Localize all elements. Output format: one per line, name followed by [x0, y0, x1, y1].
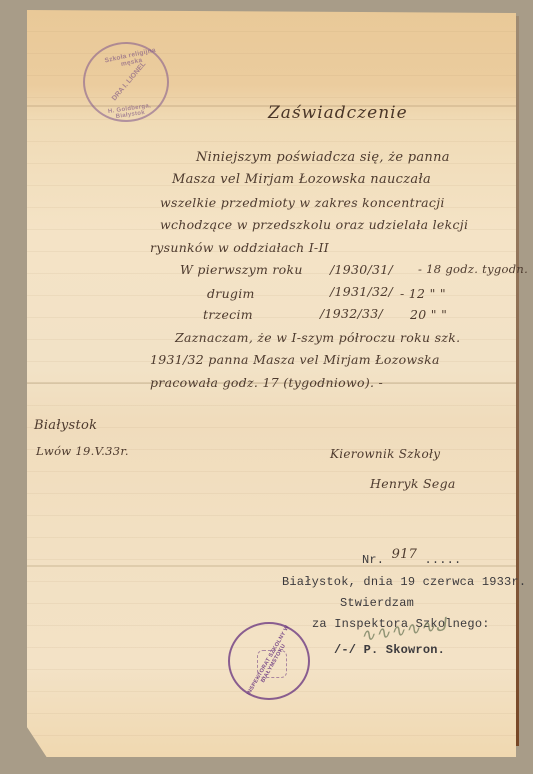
principal-role: Kierownik Szkoły — [330, 447, 440, 461]
place-date: Lwów 19.V.33r. — [36, 444, 129, 458]
eagle-emblem-icon — [257, 650, 287, 678]
stamp-ring-text-top: Szkoła religijna męska — [94, 45, 167, 74]
typed-signed: /-/ P. Skowron. — [334, 643, 445, 657]
closing-line-2: 1931/32 panna Masza vel Mirjam Łozowska — [150, 352, 440, 367]
hours-row-year: /1932/33/ — [320, 306, 383, 321]
registry-number-label: Nr. — [362, 553, 384, 567]
body-line-3: wszelkie przedmioty w zakres koncentracj… — [160, 195, 445, 210]
hours-row-label: drugim — [207, 286, 255, 301]
body-line-5: rysunków w oddziałach I-II — [150, 240, 329, 255]
closing-line-1: Zaznaczam, że w I-szym półroczu roku szk… — [175, 330, 460, 345]
typed-date-line: Białystok, dnia 19 czerwca 1933r. — [282, 575, 526, 589]
body-line-4: wchodzące w przedszkolu oraz udzielała l… — [160, 217, 468, 232]
hours-row-year: /1931/32/ — [330, 284, 393, 299]
hours-row-label: W pierwszym roku — [180, 262, 303, 277]
registry-number-value: 917 — [392, 547, 417, 562]
registry-number-dots: ..... — [424, 553, 461, 567]
inspectorate-stamp: INSPEKTORAT SZKOLNY W BIAŁYMSTOKU — [228, 622, 310, 700]
place-city: Białystok — [34, 418, 97, 433]
paper-edge-shadow — [516, 16, 519, 746]
hours-row-hours: 20 " " — [410, 307, 447, 322]
closing-line-3: pracowała godz. 17 (tygodniowo). - — [150, 375, 383, 390]
typed-confirm: Stwierdzam — [340, 596, 414, 610]
hours-row-label: trzecim — [203, 307, 253, 322]
school-stamp-top: Szkoła religijna męska DRA I. LIONEL H. … — [83, 42, 169, 122]
body-line-1: Niniejszym poświadcza się, że panna — [196, 150, 450, 165]
registry-number: Nr. 917 ..... — [362, 552, 461, 567]
hours-row-year: /1930/31/ — [330, 262, 393, 277]
hours-row-hours: - 12 " " — [400, 286, 446, 301]
document-title: Zaświadczenie — [268, 103, 408, 123]
body-line-2: Masza vel Mirjam Łozowska nauczała — [172, 172, 431, 187]
hours-row-hours: - 18 godz. tygodn. — [418, 262, 528, 276]
principal-name: Henryk Sega — [370, 476, 456, 491]
